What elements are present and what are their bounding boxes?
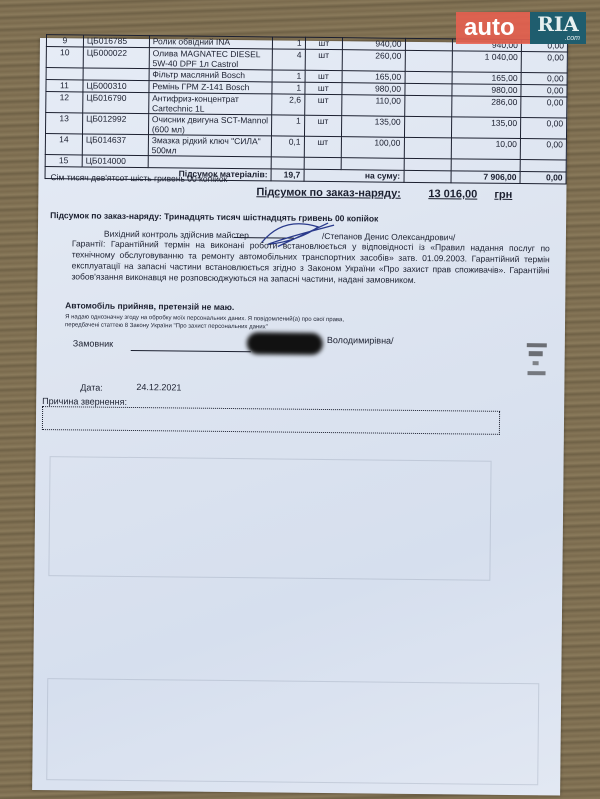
cell-disc: 0,00 [521, 97, 567, 118]
cell-disc: 0,00 [521, 52, 567, 73]
cell-price: 260,00 [342, 50, 405, 72]
total-sum: 7 906,00 [451, 171, 520, 184]
work-order-page: 9ЦБ016785Ролик обвідний INA1шт940,00940,… [32, 38, 568, 795]
cell-code: ЦБ014637 [82, 134, 148, 156]
cell-num: 10 [46, 47, 83, 68]
cell-code: ЦБ016790 [83, 92, 149, 114]
cell-qty: 1 [272, 37, 305, 49]
cell-unit: шт [305, 37, 342, 49]
autoria-watermark: auto RIA.com [456, 12, 586, 44]
cell-num: 12 [46, 92, 83, 113]
cell-qty: 0,1 [271, 136, 304, 157]
total-sum-label: на суму: [304, 169, 404, 182]
date-label: Дата: [80, 382, 103, 392]
cell-num: 14 [45, 134, 82, 155]
cell-unit: шт [304, 94, 342, 115]
cell-disc: 0,00 [521, 85, 567, 97]
watermark-auto: auto [456, 12, 530, 44]
cell-code: ЦБ012992 [82, 113, 148, 135]
cell-sum: 135,00 [451, 117, 520, 139]
customer-label: Замовник [73, 338, 113, 348]
cell-num: 9 [46, 35, 83, 47]
cell-sum [451, 159, 520, 172]
consent-text: Я надаю однозначну згоду на обробку моїх… [65, 313, 365, 332]
cell-name: Антифриз-концентрат Cartechnic 1L [149, 93, 272, 115]
cell-unit: шт [305, 82, 342, 94]
cell-price: 135,00 [341, 116, 404, 138]
cell-unit: шт [304, 136, 342, 157]
cell-num [46, 68, 83, 80]
cell-unit: шт [305, 49, 343, 70]
cell-price: 980,00 [342, 83, 405, 96]
customer-name-suffix: Володимирівна/ [327, 335, 394, 346]
cell-sum: 10,00 [451, 138, 520, 160]
materials-table: 9ЦБ016785Ролик обвідний INA1шт940,00940,… [45, 34, 568, 184]
cell-qty: 1 [272, 70, 305, 82]
watermark-ria: RIA [537, 12, 579, 36]
redacted-name [247, 332, 323, 355]
stamp-icon [524, 341, 550, 381]
cell-unit: шт [305, 70, 342, 82]
accepted-text: Автомобіль прийняв, претензій не маю. [65, 300, 234, 312]
date-value: 24.12.2021 [136, 382, 181, 392]
cell-num: 15 [45, 155, 82, 167]
cell-disc [520, 160, 566, 172]
cell-num: 13 [45, 113, 82, 134]
cell-name: Очисник двигуна SCT-Mannol (600 мл) [148, 114, 271, 136]
order-total-currency: грн [494, 189, 512, 201]
cell-qty: 1 [272, 115, 305, 136]
cell-qty [271, 157, 304, 169]
cell-unit: шт [304, 115, 342, 136]
cell-sum: 1 040,00 [452, 51, 521, 73]
cell-disc: 0,00 [521, 73, 567, 85]
cell-name: Змазка рідкий ключ "СИЛА" 500мл [148, 135, 271, 157]
cell-disc: 0,00 [520, 118, 566, 139]
reason-field [42, 406, 500, 435]
cell-qty: 1 [272, 82, 305, 94]
cell-unit [304, 157, 341, 169]
cell-code [83, 68, 149, 81]
cell-code: ЦБ016785 [83, 35, 149, 48]
cell-code: ЦБ014000 [82, 155, 148, 168]
total-qty: 19,7 [271, 169, 304, 181]
order-total-value: 13 016,00 [428, 188, 477, 201]
materials-total-words: Сім тисяч дев'ятсот шість гривень 00 коп… [50, 172, 227, 184]
watermark-com: .com [565, 35, 580, 43]
cell-code: ЦБ000022 [83, 47, 149, 69]
guarantee-text: Гарантії: Гарантійний термін на виконані… [71, 238, 549, 287]
cell-num: 11 [46, 80, 83, 92]
total-discount: 0,00 [520, 172, 566, 184]
cell-price: 940,00 [342, 38, 405, 51]
cell-price: 100,00 [341, 137, 404, 159]
cell-price: 165,00 [342, 71, 405, 84]
cell-qty: 4 [272, 49, 305, 70]
cell-price [341, 158, 404, 171]
cell-name: Олива MAGNATEC DIESEL 5W-40 DPF 1л Castr… [149, 48, 272, 70]
order-total-label: Підсумок по заказ-наряду: [256, 186, 401, 200]
cell-code: ЦБ000310 [83, 80, 149, 93]
cell-sum: 980,00 [452, 84, 521, 97]
cell-sum: 286,00 [451, 96, 520, 118]
cell-price: 110,00 [342, 95, 405, 117]
cell-disc: 0,00 [520, 139, 566, 160]
cell-sum: 165,00 [452, 72, 521, 85]
cell-qty: 2,6 [272, 94, 305, 115]
